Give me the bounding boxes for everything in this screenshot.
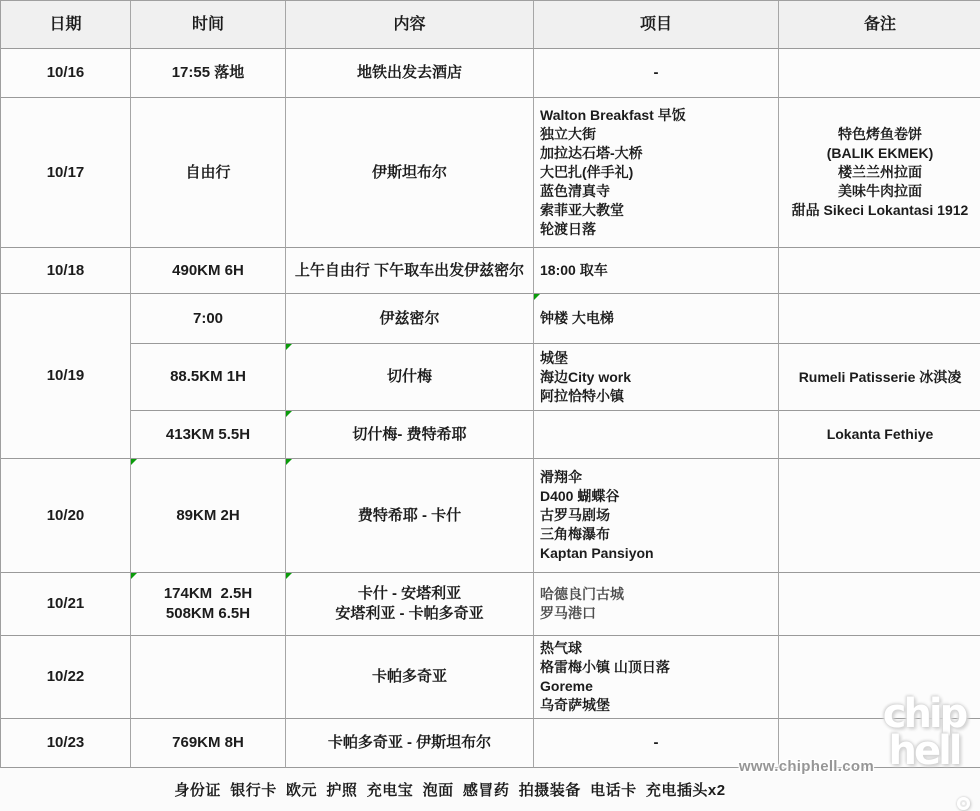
time-cell-1019c: 413KM 5.5H: [131, 411, 286, 459]
content-text: 切什梅- 费特希耶: [352, 425, 466, 445]
items-text: -: [654, 733, 659, 753]
col-header-notes: 备注: [779, 1, 980, 49]
date-text: 10/20: [47, 506, 85, 526]
comment-marker-icon: [286, 344, 292, 350]
item-line: 哈德良门古城: [540, 585, 624, 604]
date-cell-1022: 10/22: [1, 636, 131, 719]
time-cell-1021: 174KM 2.5H 508KM 6.5H: [131, 573, 286, 636]
items-cell-1019c: [534, 411, 779, 459]
items-cell-1019a: 钟楼 大电梯: [534, 294, 779, 344]
time-cell-1019a: 7:00: [131, 294, 286, 344]
content-text: 地铁出发去酒店: [357, 63, 462, 83]
time-text: 508KM 6.5H: [166, 604, 250, 624]
time-text: 490KM 6H: [172, 261, 244, 281]
date-text: 10/23: [47, 733, 85, 753]
chiphell-url-watermark: www.chiphell.com: [739, 758, 874, 775]
itinerary-table: 日期 时间 内容 项目 备注 10/16 17:55 落地 地铁出发去酒店 - …: [0, 0, 980, 768]
item-line: 罗马港口: [540, 604, 596, 623]
items-cell-1021: 哈德良门古城 罗马港口: [534, 573, 779, 636]
col-header-date-label: 日期: [49, 15, 81, 35]
content-text: 伊兹密尔: [379, 309, 439, 329]
date-text: 10/17: [47, 163, 85, 183]
col-header-time: 时间: [131, 1, 286, 49]
date-text: 10/19: [47, 366, 85, 386]
item-line: 三角梅瀑布: [540, 525, 610, 544]
col-header-items: 项目: [534, 1, 779, 49]
note-line: 楼兰兰州拉面: [838, 163, 922, 182]
items-cell-1016: -: [534, 49, 779, 98]
item-line: D400 蝴蝶谷: [540, 487, 619, 506]
content-cell-1016: 地铁出发去酒店: [286, 49, 534, 98]
content-cell-1022: 卡帕多奇亚: [286, 636, 534, 719]
item-line: Kaptan Pansiyon: [540, 544, 654, 563]
content-text: 伊斯坦布尔: [372, 163, 447, 183]
notes-cell-1020: [779, 459, 980, 573]
date-cell-1018: 10/18: [1, 248, 131, 294]
item-line: 格雷梅小镇 山顶日落: [540, 658, 670, 677]
comment-marker-icon: [286, 411, 292, 417]
col-header-time-label: 时间: [192, 15, 224, 35]
content-text: 上午自由行 下午取车出发伊兹密尔: [295, 261, 524, 281]
time-text: 769KM 8H: [172, 733, 244, 753]
item-line: 阿拉恰特小镇: [540, 387, 624, 406]
time-cell-1020: 89KM 2H: [131, 459, 286, 573]
content-text: 切什梅: [387, 367, 432, 387]
time-cell-1017: 自由行: [131, 98, 286, 248]
item-line: 蓝色清真寺: [540, 182, 610, 201]
time-cell-1022: [131, 636, 286, 719]
items-cell-1019b: 城堡 海边City work 阿拉恰特小镇: [534, 344, 779, 411]
content-cell-1019b: 切什梅: [286, 344, 534, 411]
comment-marker-icon: [534, 294, 540, 300]
note-line: Rumeli Patisserie 冰淇凌: [799, 368, 962, 387]
notes-cell-1017: 特色烤鱼卷饼 (BALIK EKMEK) 楼兰兰州拉面 美味牛肉拉面 甜品 Si…: [779, 98, 980, 248]
item-line: 滑翔伞: [540, 468, 582, 487]
item-line: 独立大街: [540, 125, 596, 144]
item-line: Walton Breakfast 早饭: [540, 106, 686, 125]
date-cell-1017: 10/17: [1, 98, 131, 248]
items-cell-1018: 18:00 取车: [534, 248, 779, 294]
notes-cell-1021: [779, 573, 980, 636]
col-header-content-label: 内容: [393, 15, 425, 35]
content-cell-1023: 卡帕多奇亚 - 伊斯坦布尔: [286, 719, 534, 768]
items-cell-1017: Walton Breakfast 早饭 独立大街 加拉达石塔-大桥 大巴扎(伴手…: [534, 98, 779, 248]
comment-marker-icon: [131, 573, 137, 579]
date-cell-1020: 10/20: [1, 459, 131, 573]
content-cell-1020: 费特希耶 - 卡什: [286, 459, 534, 573]
content-text: 费特希耶 - 卡什: [358, 506, 461, 526]
time-text: 413KM 5.5H: [166, 425, 250, 445]
time-text: 174KM 2.5H: [164, 584, 252, 604]
time-cell-1019b: 88.5KM 1H: [131, 344, 286, 411]
note-line: 美味牛肉拉面: [838, 182, 922, 201]
items-text: -: [654, 63, 659, 83]
note-line: Lokanta Fethiye: [827, 425, 934, 444]
comment-marker-icon: [286, 573, 292, 579]
items-cell-1020: 滑翔伞 D400 蝴蝶谷 古罗马剧场 三角梅瀑布 Kaptan Pansiyon: [534, 459, 779, 573]
item-line: 海边City work: [540, 368, 631, 387]
item-line: 18:00 取车: [540, 261, 608, 280]
notes-cell-1022: [779, 636, 980, 719]
col-header-content: 内容: [286, 1, 534, 49]
date-text: 10/18: [47, 261, 85, 281]
col-header-items-label: 项目: [640, 15, 672, 35]
item-line: 轮渡日落: [540, 220, 596, 239]
note-line: 甜品 Sikeci Lokantasi 1912: [792, 201, 969, 220]
comment-marker-icon: [286, 459, 292, 465]
notes-cell-1016: [779, 49, 980, 98]
item-line: 热气球: [540, 639, 582, 658]
date-cell-1021: 10/21: [1, 573, 131, 636]
date-text: 10/21: [47, 594, 85, 614]
col-header-notes-label: 备注: [864, 15, 896, 35]
notes-cell-1018: [779, 248, 980, 294]
item-line: 钟楼 大电梯: [540, 309, 614, 328]
content-cell-1019a: 伊兹密尔: [286, 294, 534, 344]
content-cell-1018: 上午自由行 下午取车出发伊兹密尔: [286, 248, 534, 294]
time-text: 88.5KM 1H: [170, 367, 246, 387]
time-text: 89KM 2H: [176, 506, 239, 526]
item-line: 古罗马剧场: [540, 506, 610, 525]
items-cell-1022: 热气球 格雷梅小镇 山顶日落 Goreme 乌奇萨城堡: [534, 636, 779, 719]
notes-cell-1019c: Lokanta Fethiye: [779, 411, 980, 459]
item-line: 加拉达石塔-大桥: [540, 144, 643, 163]
item-line: 索菲亚大教堂: [540, 201, 624, 220]
item-line: 城堡: [540, 349, 568, 368]
date-cell-1016: 10/16: [1, 49, 131, 98]
content-text: 卡帕多奇亚 - 伊斯坦布尔: [328, 733, 491, 753]
date-text: 10/22: [47, 667, 85, 687]
content-text: 卡帕多奇亚: [372, 667, 447, 687]
date-text: 10/16: [47, 63, 85, 83]
item-line: Goreme: [540, 677, 593, 696]
time-text: 自由行: [185, 163, 230, 183]
content-text: 安塔利亚 - 卡帕多奇亚: [335, 604, 483, 624]
note-line: 特色烤鱼卷饼: [838, 125, 922, 144]
time-text: 17:55 落地: [172, 63, 245, 83]
packing-checklist: 身份证 银行卡 欧元 护照 充电宝 泡面 感冒药 拍摄装备 电话卡 充电插头x2: [174, 779, 725, 800]
date-cell-1023: 10/23: [1, 719, 131, 768]
content-cell-1021: 卡什 - 安塔利亚 安塔利亚 - 卡帕多奇亚: [286, 573, 534, 636]
comment-marker-icon: [131, 459, 137, 465]
time-cell-1016: 17:55 落地: [131, 49, 286, 98]
content-cell-1019c: 切什梅- 费特希耶: [286, 411, 534, 459]
note-line: (BALIK EKMEK): [827, 144, 934, 163]
notes-cell-1019b: Rumeli Patisserie 冰淇凌: [779, 344, 980, 411]
notes-cell-1019a: [779, 294, 980, 344]
item-line: 大巴扎(伴手礼): [540, 163, 633, 182]
content-text: 卡什 - 安塔利亚: [358, 584, 461, 604]
time-cell-1018: 490KM 6H: [131, 248, 286, 294]
content-cell-1017: 伊斯坦布尔: [286, 98, 534, 248]
time-text: 7:00: [193, 309, 223, 329]
col-header-date: 日期: [1, 1, 131, 49]
time-cell-1023: 769KM 8H: [131, 719, 286, 768]
item-line: 乌奇萨城堡: [540, 696, 610, 715]
date-cell-1019: 10/19: [1, 294, 131, 459]
